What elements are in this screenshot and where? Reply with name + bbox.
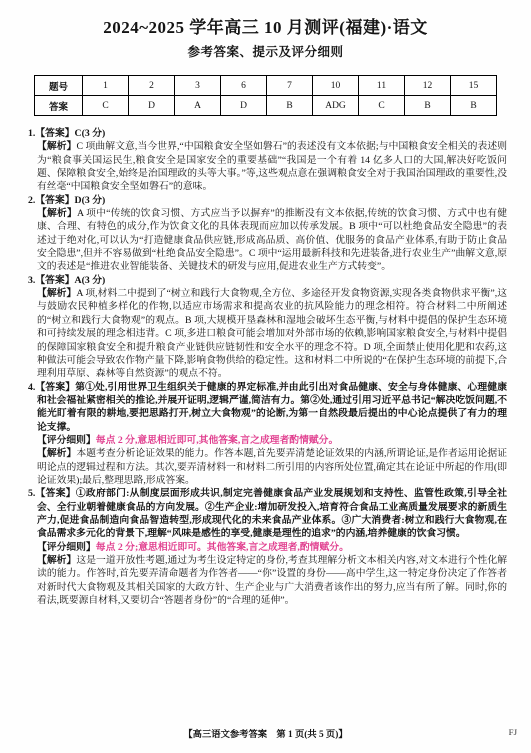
- answer-paragraph: 4.【答案】第①处,引用世界卫生组织关于健康的界定标准,并由此引出对食品健康、安…: [28, 381, 507, 434]
- analysis-paragraph: 【解析】A 项中“传统的饮食习惯、方式应当予以摒弃”的推断没有文本依据,传统的饮…: [28, 207, 507, 274]
- rubric-text: 每点 2 分;意思相近即可。其他答案,言之成理者,酌情赋分。: [96, 542, 349, 553]
- answer-cell: B: [267, 96, 313, 116]
- rubric-paragraph: 【评分细则】每点 2 分;意思相近即可。其他答案,言之成理者,酌情赋分。: [28, 541, 507, 554]
- table-row-answers: 答案 C D A D B ADG C B B: [35, 96, 497, 116]
- question-number-cell: 3: [175, 76, 221, 96]
- answer-text: ①政府部门:从制度层面形成共识,制定完善健康食品产业发展规划和支持性、监管性政策…: [37, 488, 507, 539]
- row-label-question-number: 题号: [35, 76, 83, 96]
- answer-label: 【答案】: [35, 128, 74, 139]
- analysis-label: 【解析】: [37, 208, 77, 219]
- analysis-text: A 项中“传统的饮食习惯、方式应当予以摒弃”的推断没有文本依据,传统的饮食习惯、…: [37, 208, 507, 272]
- answer-cell: A: [175, 96, 221, 116]
- answer-label: 【答案】: [35, 382, 75, 393]
- answer-cell: D: [129, 96, 175, 116]
- row-label-answer: 答案: [35, 96, 83, 116]
- footer-code: FJ: [509, 727, 517, 737]
- answer-paragraph: 1.【答案】C(3 分): [28, 127, 507, 140]
- footer-page-info: 【高三语文参考答案 第 1 页(共 5 页)】: [183, 730, 347, 740]
- page-title: 2024~2025 学年高三 10 月测评(福建)·语文: [0, 0, 531, 38]
- answer-text: D(3 分): [75, 195, 106, 206]
- analysis-label: 【解析】: [37, 288, 76, 299]
- answer-cell: B: [451, 96, 497, 116]
- qa-item-4: 4.【答案】第①处,引用世界卫生组织关于健康的界定标准,并由此引出对食品健康、安…: [28, 381, 507, 488]
- analysis-paragraph: 【解析】C 项曲解文意,当今世界,“中国粮食安全坚如磐石”的表述没有文本依据;与…: [28, 140, 507, 193]
- answer-cell: C: [83, 96, 129, 116]
- analysis-label: 【解析】: [37, 555, 76, 566]
- answer-cell: C: [359, 96, 405, 116]
- analysis-paragraph: 【解析】A 项,材料二中提到了“树立和践行大食物观,全方位、多途径开发食物资源,…: [28, 287, 507, 380]
- qa-item-2: 2.【答案】D(3 分) 【解析】A 项中“传统的饮食习惯、方式应当予以摒弃”的…: [28, 194, 507, 274]
- page-subtitle: 参考答案、提示及评分细则: [0, 42, 531, 60]
- rubric-label: 【评分细则】: [37, 435, 96, 446]
- answer-text: A(3 分): [75, 275, 106, 286]
- qa-item-5: 5.【答案】①政府部门:从制度层面形成共识,制定完善健康食品产业发展规划和支持性…: [28, 487, 507, 607]
- question-number-cell: 15: [451, 76, 497, 96]
- page-footer: 【高三语文参考答案 第 1 页(共 5 页)】 FJ: [0, 726, 531, 740]
- analysis-text: 这是一道开放性考题,通过为考生设定特定的身份,考查其理解分析文本相关内容,对文本…: [37, 555, 507, 606]
- answer-paragraph: 2.【答案】D(3 分): [28, 194, 507, 207]
- analysis-text: 本题考查分析论证效果的能力。作答本题,首先要弄清楚论证效果的内涵,所谓论证,是作…: [37, 448, 507, 486]
- table-row-question-numbers: 题号 1 2 3 6 7 10 11 12 15: [35, 76, 497, 96]
- answers-content: 1.【答案】C(3 分) 【解析】C 项曲解文意,当今世界,“中国粮食安全坚如磐…: [0, 125, 531, 607]
- answer-cell: B: [405, 96, 451, 116]
- question-number-cell: 1: [83, 76, 129, 96]
- rubric-paragraph: 【评分细则】每点 2 分,意思相近即可,其他答案,言之成理者酌情赋分。: [28, 434, 507, 447]
- analysis-paragraph: 【解析】这是一道开放性考题,通过为考生设定特定的身份,考查其理解分析文本相关内容…: [28, 554, 507, 607]
- qa-item-1: 1.【答案】C(3 分) 【解析】C 项曲解文意,当今世界,“中国粮食安全坚如磐…: [28, 127, 507, 194]
- question-number-cell: 10: [313, 76, 359, 96]
- analysis-label: 【解析】: [37, 448, 76, 459]
- answer-cell: ADG: [313, 96, 359, 116]
- qa-item-3: 3.【答案】A(3 分) 【解析】A 项,材料二中提到了“树立和践行大食物观,全…: [28, 274, 507, 381]
- rubric-text: 每点 2 分,意思相近即可,其他答案,言之成理者酌情赋分。: [96, 435, 338, 446]
- exam-answer-page: 2024~2025 学年高三 10 月测评(福建)·语文 参考答案、提示及评分细…: [0, 0, 531, 753]
- answer-label: 【答案】: [35, 195, 74, 206]
- analysis-paragraph: 【解析】本题考查分析论证效果的能力。作答本题,首先要弄清楚论证效果的内涵,所谓论…: [28, 447, 507, 487]
- answer-paragraph: 3.【答案】A(3 分): [28, 274, 507, 287]
- question-number-cell: 12: [405, 76, 451, 96]
- answer-key-table: 题号 1 2 3 6 7 10 11 12 15 答案 C D A D B AD…: [34, 75, 497, 116]
- question-number-cell: 7: [267, 76, 313, 96]
- analysis-text: A 项,材料二中提到了“树立和践行大食物观,全方位、多途径开发食物资源,实现各类…: [37, 288, 507, 379]
- question-number-cell: 2: [129, 76, 175, 96]
- answer-label: 【答案】: [35, 488, 76, 499]
- answer-cell: D: [221, 96, 267, 116]
- rubric-label: 【评分细则】: [37, 542, 96, 553]
- answer-label: 【答案】: [35, 275, 74, 286]
- answer-text: C(3 分): [75, 128, 106, 139]
- answer-paragraph: 5.【答案】①政府部门:从制度层面形成共识,制定完善健康食品产业发展规划和支持性…: [28, 487, 507, 540]
- analysis-text: C 项曲解文意,当今世界,“中国粮食安全坚如磐石”的表述没有文本依据;与中国粮食…: [37, 141, 507, 192]
- question-number-cell: 6: [221, 76, 267, 96]
- analysis-label: 【解析】: [37, 141, 77, 152]
- question-number-cell: 11: [359, 76, 405, 96]
- answer-text: 第①处,引用世界卫生组织关于健康的界定标准,并由此引出对食品健康、安全与身体健康…: [37, 382, 507, 433]
